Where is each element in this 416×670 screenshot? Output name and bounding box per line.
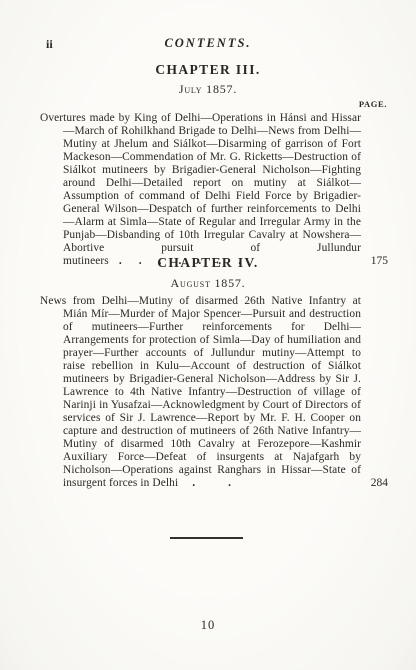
chapter-4-leader-dots: . . [178, 477, 231, 489]
page-column-label: PAGE. [359, 99, 387, 109]
chapter-3-summary-paragraph: Overtures made by King of Delhi—Operatio… [40, 112, 388, 268]
book-page: ii CONTENTS. CHAPTER III. July 1857. PAG… [0, 0, 416, 670]
chapter-3-entry: Overtures made by King of Delhi—Operatio… [40, 112, 388, 268]
chapter-3-summary-text: Overtures made by King of Delhi—Operatio… [40, 112, 361, 267]
chapter-4-heading: CHAPTER IV. [0, 255, 416, 271]
chapter-3-heading: CHAPTER III. [0, 62, 416, 78]
chapter-4-summary-paragraph: News from Delhi—Mutiny of disarmed 26th … [40, 295, 388, 490]
chapter-4-entry: News from Delhi—Mutiny of disarmed 26th … [40, 295, 388, 490]
chapter-4-summary-text: News from Delhi—Mutiny of disarmed 26th … [40, 295, 361, 489]
chapter-4-page-number: 284 [371, 477, 388, 490]
section-divider-rule [170, 537, 243, 539]
footer-page-number: 10 [0, 618, 416, 633]
chapter-4-date: August 1857. [0, 276, 416, 291]
running-head: CONTENTS. [0, 36, 416, 51]
chapter-3-date: July 1857. [0, 82, 416, 97]
